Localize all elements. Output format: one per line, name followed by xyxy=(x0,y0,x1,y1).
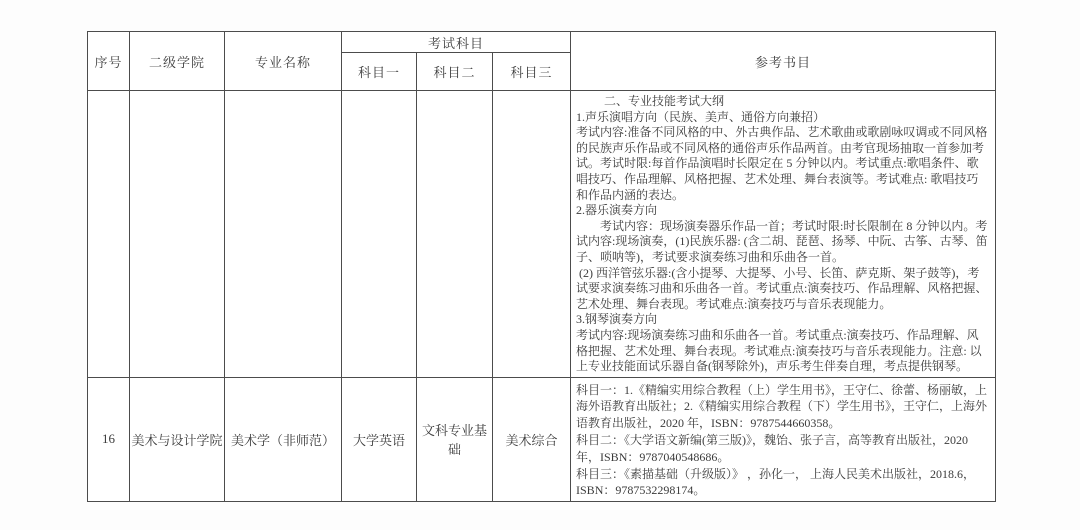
syllabus-serial-empty xyxy=(88,91,130,378)
syllabus-instrument-content-2: (2) 西洋管弦乐器:(含小提琴、大提琴、小号、长笛、萨克斯、架子鼓等)，考试要… xyxy=(576,266,990,313)
header-college: 二级学院 xyxy=(130,32,225,91)
syllabus-vocal-title: 1.声乐演唱方向（民族、美声、通俗方向兼招） xyxy=(576,110,990,126)
book-subject3: 科目三：《素描基础（升级版）》 ，孙化一， 上海人民美术出版社，2018.6，I… xyxy=(576,466,990,500)
syllabus-piano-title: 3.钢琴演奏方向 xyxy=(576,312,990,328)
syllabus-college-empty xyxy=(130,91,225,378)
table-row: 16 美术与设计学院 美术学（非师范） 大学英语 文科专业基础 美术综合 科目一… xyxy=(88,377,996,502)
cell-subject1: 大学英语 xyxy=(342,377,417,502)
header-reference-books: 参考书目 xyxy=(571,32,996,91)
syllabus-major-empty xyxy=(225,91,342,378)
syllabus-instrument-title: 2.器乐演奏方向 xyxy=(576,203,990,219)
book-subject2: 科目二：《大学语文新编(第三版)》，魏饴、张子言，高等教育出版社，2020 年，… xyxy=(576,432,990,466)
header-exam-subjects: 考试科目 xyxy=(342,32,571,53)
syllabus-instrument-content-1: 考试内容：现场演奏器乐作品一首；考试时限:时长限制在 8 分钟以内。考试内容:现… xyxy=(576,219,990,266)
cell-college: 美术与设计学院 xyxy=(130,377,225,502)
header-serial: 序号 xyxy=(88,32,130,91)
header-major: 专业名称 xyxy=(225,32,342,91)
syllabus-text-cell: 二、专业技能考试大纲 1.声乐演唱方向（民族、美声、通俗方向兼招） 考试内容:准… xyxy=(571,91,996,378)
syllabus-row: 二、专业技能考试大纲 1.声乐演唱方向（民族、美声、通俗方向兼招） 考试内容:准… xyxy=(88,91,996,378)
header-subject1: 科目一 xyxy=(342,53,417,91)
header-subject2: 科目二 xyxy=(417,53,493,91)
syllabus-subject2-empty xyxy=(417,91,493,378)
book-subject1: 科目一：1.《精编实用综合教程（上）学生用书》，王守仁、徐蕾、杨丽敏，上海外语教… xyxy=(576,382,990,432)
syllabus-section-title: 二、专业技能考试大纲 xyxy=(576,94,990,110)
exam-subjects-table: 序号 二级学院 专业名称 考试科目 参考书目 科目一 科目二 科目三 二、专业技… xyxy=(87,31,996,502)
cell-subject2: 文科专业基础 xyxy=(417,377,493,502)
syllabus-vocal-content: 考试内容:准备不同风格的中、外古典作品、艺术歌曲或歌剧咏叹调或不同风格的民族声乐… xyxy=(576,125,990,203)
document-page: 序号 二级学院 专业名称 考试科目 参考书目 科目一 科目二 科目三 二、专业技… xyxy=(0,0,1080,530)
syllabus-piano-content: 考试内容:现场演奏练习曲和乐曲各一首。考试重点:演奏技巧、作品理解、风格把握、艺… xyxy=(576,328,990,375)
syllabus-subject1-empty xyxy=(342,91,417,378)
header-row-1: 序号 二级学院 专业名称 考试科目 参考书目 xyxy=(88,32,996,53)
cell-subject3: 美术综合 xyxy=(493,377,571,502)
header-subject3: 科目三 xyxy=(493,53,571,91)
syllabus-subject3-empty xyxy=(493,91,571,378)
cell-serial: 16 xyxy=(88,377,130,502)
cell-major: 美术学（非师范） xyxy=(225,377,342,502)
reference-books-cell: 科目一：1.《精编实用综合教程（上）学生用书》，王守仁、徐蕾、杨丽敏，上海外语教… xyxy=(571,377,996,502)
